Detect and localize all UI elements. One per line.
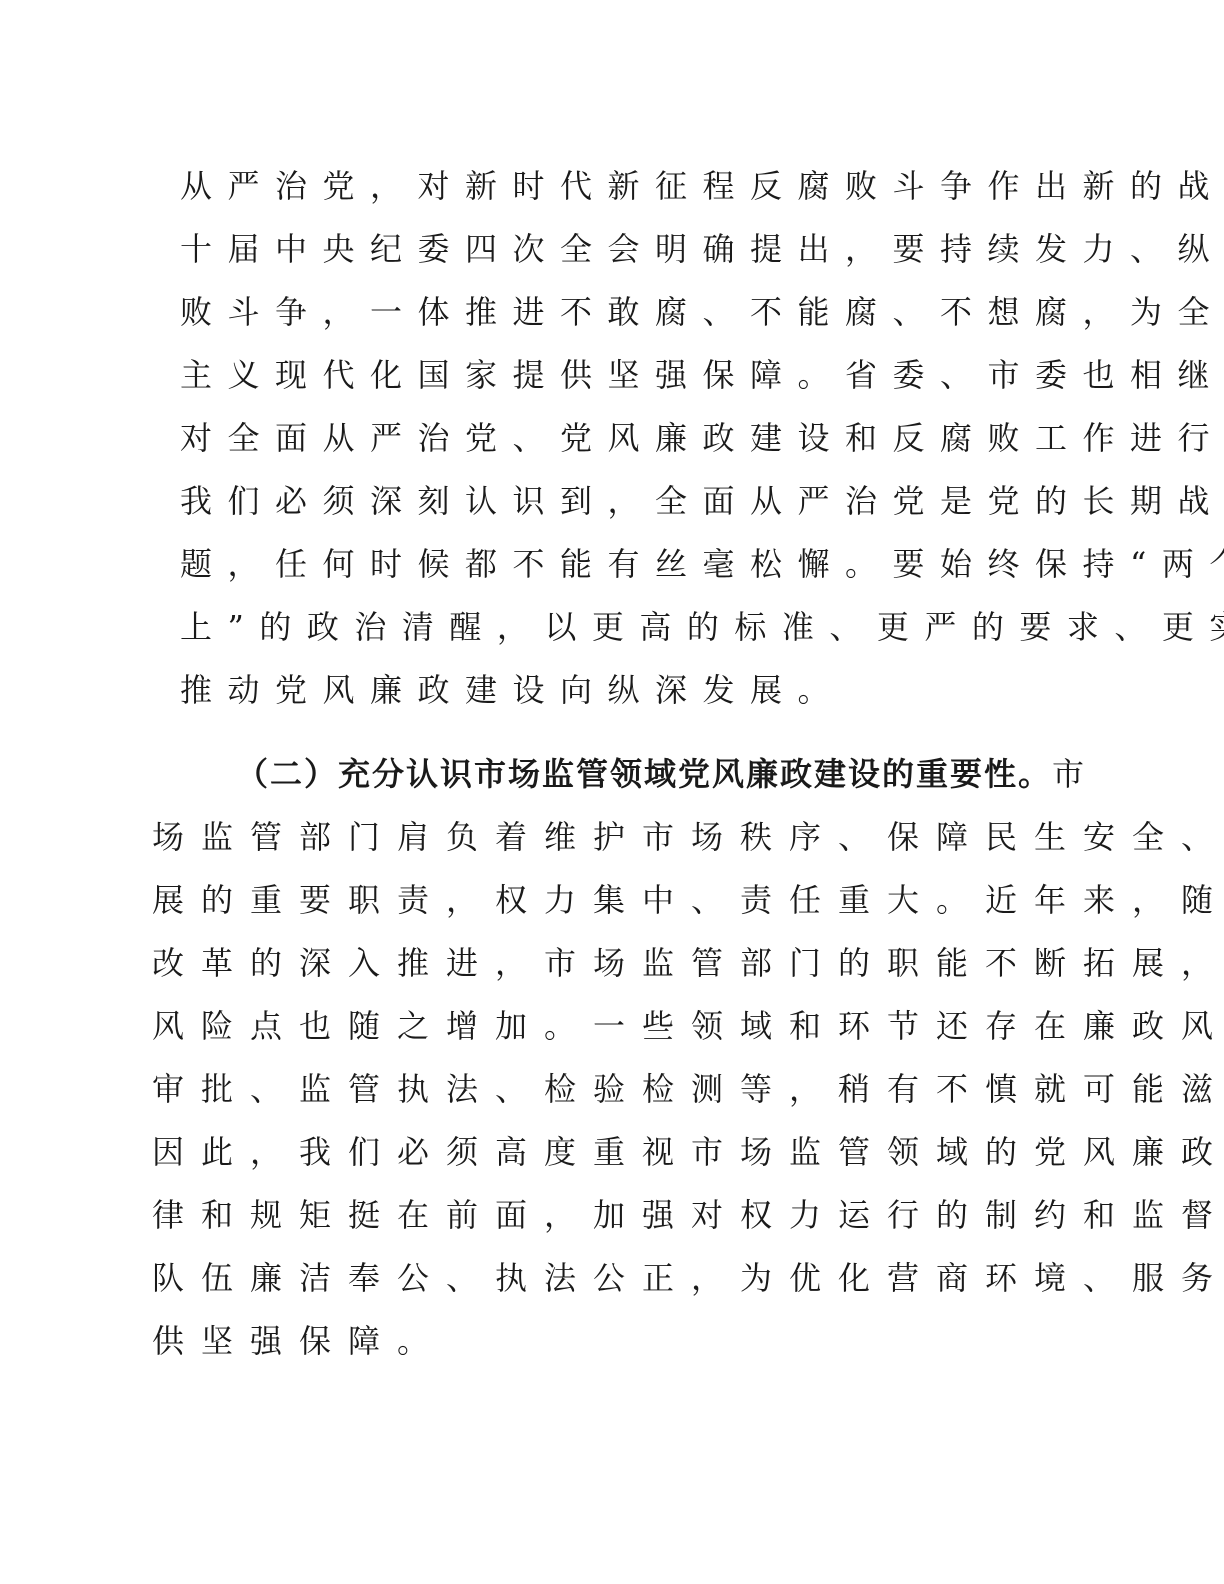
text-line: 场监管部门肩负着维护市场秩序、保障民生安全、促进经济发 — [152, 817, 1042, 857]
text-line: 推动党风廉政建设向纵深发展。 — [180, 670, 1040, 710]
text-line: 败斗争，一体推进不敢腐、不能腐、不想腐，为全面建设社会 — [180, 292, 1040, 332]
text-line: 主义现代化国家提供坚强保障。省委、市委也相继召开会议， — [180, 355, 1040, 395]
text-line: 题，任何时候都不能有丝毫松懈。要始终保持“两个永远在路 — [180, 544, 1040, 584]
section-heading-line: （二）充分认识市场监管领域党风廉政建设的重要性。市 — [152, 754, 1042, 794]
text-line: 队伍廉洁奉公、执法公正，为优化营商环境、服务经济发展提 — [152, 1258, 1042, 1298]
text-line: 审批、监管执法、检验检测等，稍有不慎就可能滋生腐败问题。 — [152, 1069, 1042, 1109]
text-line: 上”的政治清醒，以更高的标准、更严的要求、更实的举措， — [180, 607, 1040, 647]
text-line: 十届中央纪委四次全会明确提出，要持续发力、纵深推进反腐 — [180, 229, 1040, 269]
text-line: 改革的深入推进，市场监管部门的职能不断拓展，权力运行的 — [152, 943, 1042, 983]
text-line: 供坚强保障。 — [152, 1321, 1042, 1361]
text-line: 风险点也随之增加。一些领域和环节还存在廉政风险，如行政 — [152, 1006, 1042, 1046]
document-page: 从严治党，对新时代新征程反腐败斗争作出新的战略部署。二 十届中央纪委四次全会明确… — [0, 0, 1224, 1584]
text-line: 因此，我们必须高度重视市场监管领域的党风廉政建设，把纪 — [152, 1132, 1042, 1172]
section-heading: （二）充分认识市场监管领域党风廉政建设的重要性。 — [236, 755, 1052, 793]
text-line: 对全面从严治党、党风廉政建设和反腐败工作进行具体安排。 — [180, 418, 1040, 458]
heading-tail-text: 市 — [1052, 755, 1086, 793]
text-line: 我们必须深刻认识到，全面从严治党是党的长期战略、永恒课 — [180, 481, 1040, 521]
text-line: 从严治党，对新时代新征程反腐败斗争作出新的战略部署。二 — [180, 166, 1040, 206]
text-line: 律和规矩挺在前面，加强对权力运行的制约和监督，确保干部 — [152, 1195, 1042, 1235]
text-line: 展的重要职责，权力集中、责任重大。近年来，随着“放管服” — [152, 880, 1042, 920]
